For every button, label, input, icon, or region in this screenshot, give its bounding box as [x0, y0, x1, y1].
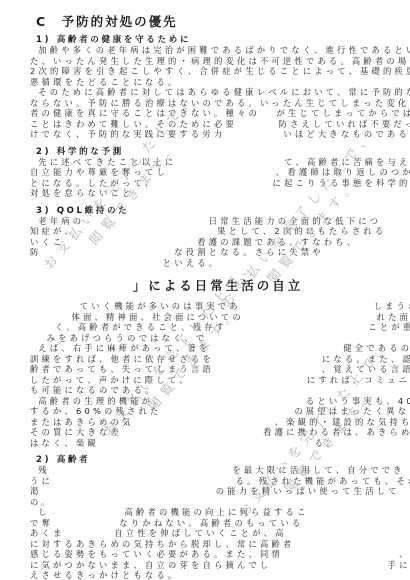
section-subheading: 2) 科学的な予測: [36, 145, 406, 156]
text-line: またはあきらめの気、楽観的・建設的な気持ちであた: [30, 416, 406, 427]
text-fragment: 先に述べてきたこと以上に: [38, 157, 176, 167]
text-line: 体面、精神面、社会面についてのれた面にのみ目を奪: [30, 311, 406, 322]
text-line: 自立能力や尊厳を奪ってし、看護師は取り返しのつかない罪を犯したこ: [30, 166, 406, 177]
text-fragment: 看護の課題である。すなわち、: [197, 237, 358, 247]
text-fragment: く、高齢者ができること、残存す: [55, 322, 227, 332]
text-fragment: 者の健康を真に守ることはできない。種々の: [30, 108, 260, 118]
erased-gap: [400, 493, 410, 494]
erased-gap: [30, 265, 163, 266]
text-line: けでなく、予防的な実践に要する労力いほど大きなものである。: [30, 128, 406, 139]
text-fragment: 果として、2次的にもたらされる: [217, 226, 386, 236]
text-fragment: ことはきわめて難しい。そのために必要: [30, 119, 237, 129]
erased-gap: [244, 319, 377, 320]
text-fragment: 、高齢者の潜在能力: [399, 549, 410, 559]
erased-gap: [237, 126, 279, 127]
text-fragment: なりかねない。高齢者のもっている: [119, 518, 303, 528]
text-fragment: 老年病の: [38, 216, 84, 226]
erased-gap: [168, 174, 276, 175]
erased-gap: [227, 329, 368, 330]
erased-gap: [162, 413, 295, 414]
text-fragment: いほど大きなものである。: [283, 129, 410, 139]
erased-gap: [122, 434, 263, 435]
text-line: 渇の能力を精いっぱい使って生活してて: [30, 485, 406, 496]
text-fragment: えさせるきっかけともなる。: [30, 570, 179, 580]
text-fragment: にすれば、コミュニケーションの成立: [307, 375, 410, 385]
text-fragment: みをあげつらうのではなく、で: [47, 333, 208, 343]
text-line: はなく、楽観る。: [30, 437, 406, 448]
erased-gap: [133, 424, 274, 425]
text-fragment: とになる。したがって、: [30, 178, 156, 188]
erased-gap: [260, 115, 277, 116]
text-fragment: も可能になるのである。: [30, 385, 156, 395]
text-line: 残を最大限に活用して、自分ででき: [30, 464, 406, 475]
erased-gap: [30, 319, 72, 320]
text-line: の。: [30, 496, 406, 507]
text-line: 対処を怠らないこと: [30, 187, 406, 198]
text-line: 齢者であっても、失ってしまう言語、覚えている言語も残されている。: [30, 363, 406, 374]
text-fragment: 渇: [30, 486, 42, 496]
text-fragment: 訓練をすれば、他者に依存せざるを: [30, 354, 214, 364]
text-fragment: で奪: [30, 518, 53, 528]
document-body: C 予防的対処の優先 1) 高齢者の健康を守るために加齢や多くの老年病は完治が困…: [30, 12, 406, 580]
text-line: 老年病の日常生活能力の全面的な低下につ: [30, 215, 406, 226]
text-line: あくま自立性を伸ばしていくことが、高護師は高齢者: [30, 527, 406, 538]
erased-gap: [53, 525, 119, 526]
text-line: し高齢者の機能の向上に何ら益するこ存機能ま: [30, 506, 406, 517]
text-line: 訓練をすれば、他者に依存せざるをになる。また、認知症のある高: [30, 353, 406, 364]
erased-gap: [165, 403, 306, 404]
text-line: 感じる姿勢をもっていく必要がある。また、同情、高齢者の潜在能力: [30, 548, 406, 559]
text-fragment: 対処を怠らないこと: [30, 188, 133, 198]
text-fragment: 感じる姿勢をもっていく必要がある。また、同情: [30, 549, 283, 559]
text-line: うにる。残された機能があっても、それ: [30, 475, 406, 486]
text-fragment: 看護に携わる者は、あきらめの気: [263, 427, 410, 437]
erased-gap: [50, 514, 125, 515]
text-line: 加齢や多くの老年病は完治が困難であるばかりでなく、進行性であるという特性をもって…: [30, 44, 406, 55]
section-subheading: 2) 高齢者: [36, 453, 406, 464]
text-fragment: 残: [38, 465, 50, 475]
text-fragment: けでなく、予防的な実践に要する労力: [30, 129, 225, 139]
erased-gap: [241, 308, 374, 309]
text-fragment: るという事実も、40%の失われた機: [306, 396, 410, 406]
text-fragment: に気がつかないまま、自立の芽を自ら摘んでし: [30, 560, 271, 570]
text-line: みをあげつらうのではなく、で: [30, 332, 406, 343]
erased-gap: [99, 445, 315, 446]
page-title: C 予防的対処の優先: [36, 12, 406, 27]
text-line: ていく機能が多いのは事実であしまうわけではな: [30, 300, 406, 311]
text-fragment: 加齢や多くの老年病は完治が困難であるばかりでなく、進行性であるという特性をもって…: [38, 45, 410, 55]
text-fragment: 齢者であっても、失ってしまう言語: [30, 364, 214, 374]
text-fragment: したがって、声かけに際して、: [30, 375, 191, 385]
erased-gap: [84, 223, 209, 224]
erased-gap: [303, 525, 410, 526]
erased-gap: [156, 185, 272, 186]
text-line: するか、60%の残されたの展望はまったく異なってくる。: [30, 405, 406, 416]
text-line: 先に述べてきたこと以上にて、高齢者に苦痛を与えたり、高齢者の: [30, 156, 406, 167]
text-fragment: ならない。予防に勝る治療はないのである。いったん生じてしまった変化に対応するのみ…: [30, 98, 410, 108]
text-line: で奪なりかねない。高齢者のもっている力をして、: [30, 517, 406, 528]
text-fragment: を最大限に活用して、自分ででき: [232, 465, 404, 475]
text-line: ことはきわめて難しい。そのために必要防さえしていれば不要だったものというだ: [30, 118, 406, 129]
erased-gap: [271, 567, 387, 568]
text-fragment: そのために高齢者に対してはあらゆる健康レベルにおいて、常に予防的な対処が優先され…: [38, 87, 410, 97]
text-line: とになる。したがって、に起こりうる事態を科学的に予測: [30, 177, 406, 188]
erased-gap: [42, 493, 216, 494]
text-fragment: の展望はまったく異なってくる。: [294, 406, 410, 416]
text-fragment: 、覚えている言語も残されている。: [322, 364, 410, 374]
text-line: く、高齢者ができること、残存すことが重要である。でき: [30, 321, 406, 332]
text-fragment: 防: [30, 247, 42, 257]
text-line: えば、右手に麻痺があって、箸を健全であるので、左手を使う: [30, 342, 406, 353]
text-fragment: 自立能力や尊厳を奪ってし: [30, 167, 168, 177]
erased-gap: [65, 244, 198, 245]
text-fragment: の。: [30, 497, 53, 507]
text-fragment: れた面にのみ目を奪: [377, 312, 410, 322]
text-fragment: しまうわけではな: [374, 301, 410, 311]
text-line: したがって、声かけに際して、にすれば、コミュニケーションの成立: [30, 374, 406, 385]
erased-gap: [76, 233, 217, 234]
text-fragment: えば、右手に麻痺があって、箸を: [38, 343, 210, 353]
text-line: 高齢者の生理的機能が、るという事実も、40%の失われた機: [30, 395, 406, 406]
text-line: 防な役割となる。さらに失禁やの: [30, 246, 406, 257]
text-line: も可能になるのである。: [30, 384, 406, 395]
text-fragment: に対するあきらめの気持ちから脱却し、常に高齢者: [30, 539, 294, 549]
text-fragment: うに: [30, 476, 53, 486]
text-line: いくこ看護の課題である。すなわち、: [30, 236, 406, 247]
section-center-heading: 」による日常生活の自立: [30, 276, 406, 292]
text-fragment: 日常生活能力の全面的な低下につ: [209, 216, 381, 226]
erased-gap: [287, 535, 410, 536]
text-fragment: いくこ: [30, 237, 65, 247]
text-fragment: な役割となる。さらに失禁や: [174, 247, 323, 257]
text-fragment: し: [38, 507, 50, 517]
text-fragment: る。残された機能があっても、それ: [236, 476, 410, 486]
text-fragment: 知症が、: [30, 226, 76, 236]
text-fragment: 、看護師は取り返しのつかない罪を犯したこ: [276, 167, 410, 177]
section-subheading: 1) 高齢者の健康を守るために: [36, 33, 406, 44]
section-subheading: 3) QOL維持のた: [36, 204, 406, 215]
text-line: に気がつかないまま、自立の芽を自ら摘んでし手に依存する心を芽生: [30, 559, 406, 570]
text-line: に対するあきらめの気持ちから脱却し、常に高齢者することに喜びを: [30, 538, 406, 549]
text-fragment: その質に大きな差: [30, 427, 122, 437]
text-fragment: 高齢者の機能の向上に何ら益するこ: [124, 507, 308, 517]
text-fragment: 、楽観的・建設的な気持ちであた: [275, 417, 410, 427]
erased-gap: [30, 308, 80, 309]
erased-gap: [30, 340, 47, 341]
text-fragment: ことが重要である。でき: [368, 322, 410, 332]
text-line: といえる。: [30, 257, 406, 268]
text-fragment: る。: [315, 438, 338, 448]
text-fragment: になる。また、認知症のある高: [322, 354, 410, 364]
erased-gap: [42, 254, 175, 255]
text-fragment: 高齢者の生理的機能が、: [38, 396, 164, 406]
text-fragment: 自立性を伸ばしていくことが、高: [114, 528, 286, 538]
erased-gap: [53, 483, 236, 484]
text-fragment: た、いったん発生した生理的・病理的変化は不可逆性である。高齢者の場合、一つの発病…: [30, 56, 410, 66]
erased-gap: [324, 254, 410, 255]
text-fragment: といえる。: [163, 258, 221, 268]
erased-gap: [176, 164, 284, 165]
text-fragment: に起こりうる事態を科学的に予測: [273, 178, 410, 188]
text-fragment: て、高齢者に苦痛を与えたり、高齢者の: [284, 157, 410, 167]
erased-gap: [65, 535, 115, 536]
erased-gap: [50, 472, 233, 473]
text-line: ならない。予防に勝る治療はないのである。いったん生じてしまった変化に対応するのみ…: [30, 97, 406, 108]
text-line: 知症が、果として、2次的にもたらされる: [30, 225, 406, 236]
erased-gap: [191, 382, 307, 383]
text-fragment: またはあきらめの気: [30, 417, 133, 427]
erased-gap: [225, 136, 283, 137]
document-page: C 予防的対処の優先 1) 高齢者の健康を守るために加齢や多くの老年病は完治が困…: [0, 0, 410, 580]
erased-gap: [30, 329, 55, 330]
erased-gap: [214, 371, 322, 372]
text-line: その質に大きな差看護に携わる者は、あきらめの気: [30, 426, 406, 437]
text-line: た、いったん発生した生理的・病理的変化は不可逆性である。高齢者の場合、一つの発病…: [30, 55, 406, 66]
text-fragment: が生じてしまってからでは、元の状態に戻す: [277, 108, 410, 118]
text-fragment: 手に依存する心を芽生: [388, 560, 410, 570]
text-fragment: 健全であるので、左手を使う: [343, 343, 410, 353]
text-line: 悪循環をたどることになる。: [30, 76, 406, 87]
text-fragment: 体面、精神面、社会面についての: [72, 312, 244, 322]
text-fragment: はなく、楽観: [30, 438, 99, 448]
erased-gap: [308, 514, 410, 515]
text-fragment: あくま: [30, 528, 65, 538]
text-line: えさせるきっかけともなる。: [30, 569, 406, 580]
text-fragment: するか、60%の残された: [30, 406, 162, 416]
text-line: そのために高齢者に対してはあらゆる健康レベルにおいて、常に予防的な対処が優先され…: [30, 86, 406, 97]
text-fragment: 悪循環をたどることになる。: [30, 77, 179, 87]
text-fragment: ていく機能が多いのは事実であ: [80, 301, 241, 311]
text-fragment: の能力を精いっぱい使って生活して: [216, 486, 400, 496]
erased-gap: [214, 361, 322, 362]
erased-gap: [211, 350, 344, 351]
text-line: 2次的障害を引き起こしやすく、合併症が生じることによって、基礎的疾患がさらに増悪…: [30, 65, 406, 76]
text-line: 者の健康を真に守ることはできない。種々のが生じてしまってからでは、元の状態に戻す: [30, 107, 406, 118]
erased-gap: [294, 546, 410, 547]
text-fragment: 2次的障害を引き起こしやすく、合併症が生じることによって、基礎的疾患がさらに増悪…: [30, 66, 410, 76]
erased-gap: [283, 556, 399, 557]
text-fragment: 防さえしていれば不要だったものというだ: [278, 119, 410, 129]
